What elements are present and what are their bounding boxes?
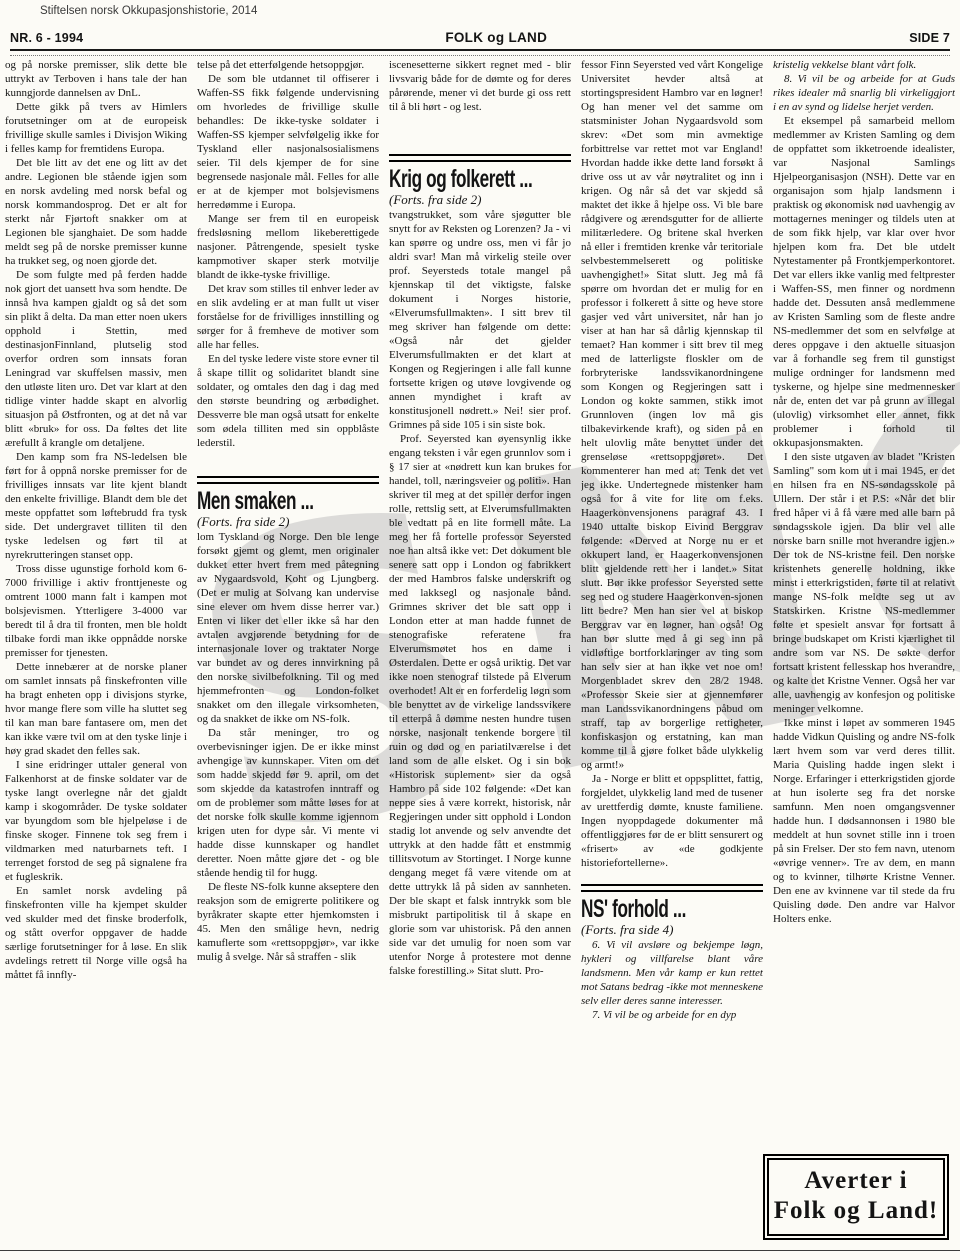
paragraph: telse på det etterfølgende hetsoppgjør. bbox=[197, 58, 379, 72]
column-3: iscenesetterne sikkert regnet med - blir… bbox=[389, 58, 571, 1244]
advert-line-2: Folk og Land! bbox=[771, 1196, 941, 1226]
page-number: SIDE 7 bbox=[909, 31, 950, 45]
paragraph: En samlet norsk avdeling på finskefronte… bbox=[5, 884, 187, 982]
paragraph: Det ble litt av det ene og litt av det a… bbox=[5, 156, 187, 268]
paragraph: lom Tyskland og Norge. Den ble lenge for… bbox=[197, 530, 379, 726]
paragraph-italic: kristelig vekkelse blant vårt folk. bbox=[773, 58, 955, 72]
masthead: NR. 6 - 1994 FOLK og LAND SIDE 7 bbox=[10, 30, 950, 45]
paragraph: fessor Finn Seyersted ved vårt Kongelige… bbox=[581, 58, 763, 772]
continuation-note: (Forts. fra side 2) bbox=[197, 514, 379, 530]
issue-number: NR. 6 - 1994 bbox=[10, 31, 83, 45]
column-2: telse på det etterfølgende hetsoppgjør. … bbox=[197, 58, 379, 1244]
column-5: kristelig vekkelse blant vårt folk. 8. V… bbox=[773, 58, 955, 1244]
paragraph-italic: 7. Vi vil be og arbeide for en dyp bbox=[581, 1008, 763, 1022]
section-title-krig-og-folkerett: Krig og folkerett ... bbox=[389, 166, 531, 193]
continuation-note: (Forts. fra side 4) bbox=[581, 922, 763, 938]
paragraph: Ikke minst i løpet av sommeren 1945 hadd… bbox=[773, 716, 955, 926]
paragraph: og på norske premisser, slik dette ble u… bbox=[5, 58, 187, 100]
section-divider bbox=[581, 884, 763, 892]
spacer bbox=[197, 450, 379, 476]
section-title-ns-forhold: NS' forhold ... bbox=[581, 896, 723, 923]
paragraph: Dette innebærer at de norske planer om s… bbox=[5, 660, 187, 758]
newspaper-title: FOLK og LAND bbox=[445, 30, 547, 45]
archive-credit: Stiftelsen norsk Okkupasjonshistorie, 20… bbox=[40, 5, 257, 17]
spacer bbox=[581, 870, 763, 884]
paragraph-italic: 8. Vi vil be og arbeide for at Guds rike… bbox=[773, 72, 955, 114]
spacer bbox=[389, 114, 571, 154]
paragraph: Dette gikk på tvers av Himlers forutsetn… bbox=[5, 100, 187, 156]
advert-line-1: Averter i bbox=[771, 1166, 941, 1196]
paragraph: Prof. Seyersted kan øyensynlig ikke enga… bbox=[389, 432, 571, 978]
section-title-men-smaken: Men smaken ... bbox=[197, 488, 339, 515]
masthead-rule bbox=[10, 49, 950, 56]
paragraph: De som ble utdannet til offiserer i Waff… bbox=[197, 72, 379, 212]
column-1: og på norske premisser, slik dette ble u… bbox=[5, 58, 187, 1244]
advert-box: Averter i Folk og Land! bbox=[763, 1154, 949, 1240]
paragraph: De fleste NS-folk kunne akseptere den re… bbox=[197, 880, 379, 964]
advert-frame: Averter i Folk og Land! bbox=[767, 1158, 945, 1236]
section-divider bbox=[197, 476, 379, 484]
continuation-note: (Forts. fra side 2) bbox=[389, 192, 571, 208]
paragraph: Et eksempel på samarbeid mellom medlemme… bbox=[773, 114, 955, 450]
paragraph: Det krav som stilles til enhver leder av… bbox=[197, 282, 379, 352]
paragraph: Da står meninger, tro og overbevisninger… bbox=[197, 726, 379, 880]
paragraph: I den siste utgaven av bladet "Kristen S… bbox=[773, 450, 955, 716]
paragraph: Ja - Norge er blitt et oppsplittet, fatt… bbox=[581, 772, 763, 870]
newspaper-page: Stiftelsen norsk Okkupasjonshistorie, 20… bbox=[0, 0, 960, 1260]
paragraph: iscenesetterne sikkert regnet med - blir… bbox=[389, 58, 571, 114]
paragraph: tvangstrukket, som våre sjøgutter ble sn… bbox=[389, 208, 571, 432]
column-area: og på norske premisser, slik dette ble u… bbox=[5, 58, 955, 1244]
page-bottom-rule bbox=[0, 1250, 960, 1251]
paragraph: Mange ser frem til en europeisk fredsløs… bbox=[197, 212, 379, 282]
paragraph-italic: 6. Vi vil avsløre og bekjempe løgn, hykl… bbox=[581, 938, 763, 1008]
paragraph: En del tyske ledere viste store evner ti… bbox=[197, 352, 379, 450]
column-4: fessor Finn Seyersted ved vårt Kongelige… bbox=[581, 58, 763, 1244]
paragraph: Tross disse ugunstige forhold kom 6-7000… bbox=[5, 562, 187, 660]
paragraph: Den kamp som fra NS-ledelsen ble ført fo… bbox=[5, 450, 187, 562]
section-divider bbox=[389, 154, 571, 162]
paragraph: De som fulgte med på ferden hadde nok gj… bbox=[5, 268, 187, 450]
paragraph: I sine eridringer uttaler general von Fa… bbox=[5, 758, 187, 884]
